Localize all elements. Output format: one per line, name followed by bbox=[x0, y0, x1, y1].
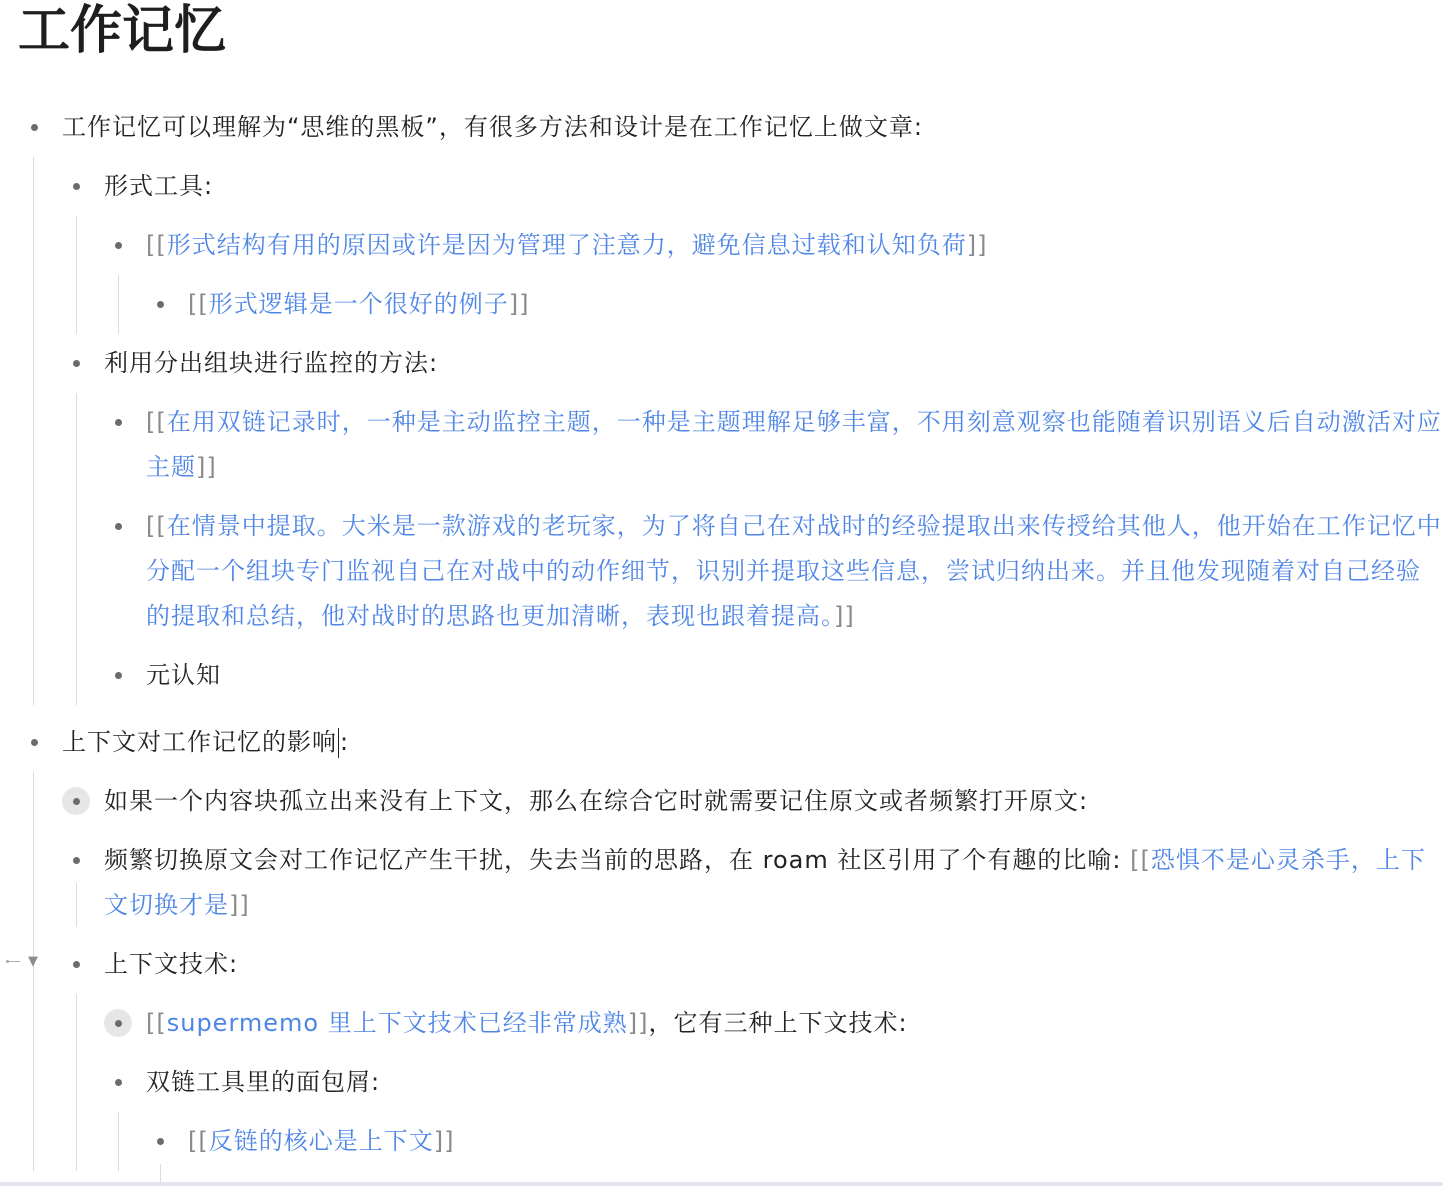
block-text[interactable]: 元认知 bbox=[146, 653, 1443, 698]
bullet-dot-icon bbox=[115, 523, 122, 530]
block-text[interactable]: 上下文技术: bbox=[104, 942, 1443, 987]
block-bullet[interactable] bbox=[146, 290, 174, 318]
block-bullet-collapsed[interactable] bbox=[62, 787, 90, 815]
block-children: [[形式结构有用的原因或许是因为管理了注意力，避免信息过载和认知负荷]] [[形… bbox=[0, 216, 1443, 334]
link-bracket-close: ]] bbox=[967, 231, 988, 259]
bullet-dot-icon bbox=[73, 857, 80, 864]
block-bullet[interactable] bbox=[104, 1068, 132, 1096]
page-reference-link[interactable]: 形式逻辑是一个很好的例子 bbox=[209, 290, 509, 318]
block-text[interactable]: 频繁切换原文会对工作记忆产生干扰，失去当前的思路，在 roam 社区引用了个有趣… bbox=[104, 838, 1443, 928]
link-bracket-open: [[ bbox=[188, 1127, 209, 1155]
outline: 工作记忆可以理解为“思维的黑板”，有很多方法和设计是在工作记忆上做文章: 形式工… bbox=[0, 100, 1443, 1171]
block-text[interactable]: 如果一个内容块孤立出来没有上下文，那么在综合它时就需要记住原文或者频繁打开原文: bbox=[104, 779, 1443, 824]
indent-guide[interactable] bbox=[76, 883, 77, 927]
block-text[interactable]: 形式工具: bbox=[104, 164, 1443, 209]
block-text[interactable]: [[在用双链记录时，一种是主动监控主题，一种是主题理解足够丰富，不用刻意观察也能… bbox=[146, 400, 1443, 490]
link-bracket-open: [[ bbox=[146, 1009, 167, 1037]
bottom-edge-divider bbox=[0, 1182, 1443, 1186]
link-bracket-open: [[ bbox=[146, 231, 167, 259]
block: [[supermemo 里上下文技术已经非常成熟]]，它有三种上下文技术: bbox=[0, 994, 1443, 1053]
bullet-dot-icon bbox=[73, 798, 80, 805]
block-children: 如果一个内容块孤立出来没有上下文，那么在综合它时就需要记住原文或者频繁打开原文:… bbox=[0, 772, 1443, 1171]
block-text-after-cursor: : bbox=[340, 728, 349, 756]
block: 如果一个内容块孤立出来没有上下文，那么在综合它时就需要记住原文或者频繁打开原文: bbox=[0, 772, 1443, 831]
page-title[interactable]: 工作记忆 bbox=[18, 0, 226, 62]
block-bullet[interactable] bbox=[62, 950, 90, 978]
block: [[在情景中提取。大米是一款游戏的老玩家，为了将自己在对战时的经验提取出来传授给… bbox=[0, 497, 1443, 646]
link-bracket-open: [[ bbox=[146, 408, 167, 436]
block-bullet[interactable] bbox=[62, 349, 90, 377]
bullet-dot-icon bbox=[73, 961, 80, 968]
bullet-dot-icon bbox=[115, 1020, 122, 1027]
block-children: [[supermemo 里上下文技术已经非常成熟]]，它有三种上下文技术: 双链… bbox=[0, 994, 1443, 1171]
link-bracket-open: [[ bbox=[1130, 846, 1151, 874]
block: 上下文对工作记忆的影响: 如果一个内容块孤立出来没有上下文，那么在综合它时就需要… bbox=[0, 713, 1443, 1171]
block-bullet[interactable] bbox=[104, 408, 132, 436]
block-children: [[反链的核心是上下文]] bbox=[0, 1112, 1443, 1171]
bullet-dot-icon bbox=[115, 672, 122, 679]
link-bracket-close: ]] bbox=[434, 1127, 455, 1155]
block-children: [[形式逻辑是一个很好的例子]] bbox=[0, 275, 1443, 334]
page-reference-link[interactable]: 反链的核心是上下文 bbox=[209, 1127, 434, 1155]
block-bullet[interactable] bbox=[104, 512, 132, 540]
page-reference-link[interactable]: 在情景中提取。大米是一款游戏的老玩家，为了将自己在对战时的经验提取出来传授给其他… bbox=[146, 512, 1442, 630]
block-text[interactable]: [[形式逻辑是一个很好的例子]] bbox=[188, 282, 1443, 327]
block: 工作记忆可以理解为“思维的黑板”，有很多方法和设计是在工作记忆上做文章: 形式工… bbox=[0, 100, 1443, 705]
block-bullet[interactable] bbox=[62, 172, 90, 200]
block-bullet[interactable] bbox=[104, 231, 132, 259]
block: 频繁切换原文会对工作记忆产生干扰，失去当前的思路，在 roam 社区引用了个有趣… bbox=[0, 831, 1443, 935]
block-children: 形式工具: [[形式结构有用的原因或许是因为管理了注意力，避免信息过载和认知负荷… bbox=[0, 157, 1443, 705]
link-bracket-open: [[ bbox=[146, 512, 167, 540]
bullet-dot-icon bbox=[73, 360, 80, 367]
bullet-dot-icon bbox=[115, 242, 122, 249]
block: [[形式结构有用的原因或许是因为管理了注意力，避免信息过载和认知负荷]] [[形… bbox=[0, 216, 1443, 334]
block-bullet[interactable] bbox=[20, 113, 48, 141]
block-bullet-collapsed[interactable] bbox=[104, 1009, 132, 1037]
block: ▼ 上下文技术: [[supermemo 里上下文技术已经非常成熟]]，它有三种… bbox=[0, 935, 1443, 1171]
bullet-dot-icon bbox=[115, 1079, 122, 1086]
block-text-plain: ，它有三种上下文技术: bbox=[648, 1009, 907, 1037]
block-text[interactable]: 工作记忆可以理解为“思维的黑板”，有很多方法和设计是在工作记忆上做文章: bbox=[62, 105, 1443, 150]
block: 形式工具: [[形式结构有用的原因或许是因为管理了注意力，避免信息过载和认知负荷… bbox=[0, 157, 1443, 334]
block-text[interactable]: [[在情景中提取。大米是一款游戏的老玩家，为了将自己在对战时的经验提取出来传授给… bbox=[146, 504, 1443, 639]
bullet-dot-icon bbox=[31, 739, 38, 746]
block: [[形式逻辑是一个很好的例子]] bbox=[0, 275, 1443, 334]
page-reference-link[interactable]: 形式结构有用的原因或许是因为管理了注意力，避免信息过载和认知负荷 bbox=[167, 231, 967, 259]
block-text[interactable]: 利用分出组块进行监控的方法: bbox=[104, 341, 1443, 386]
bullet-dot-icon bbox=[115, 419, 122, 426]
block-children: [[在用双链记录时，一种是主动监控主题，一种是主题理解足够丰富，不用刻意观察也能… bbox=[0, 393, 1443, 705]
block-text-plain: 频繁切换原文会对工作记忆产生干扰，失去当前的思路，在 roam 社区引用了个有趣… bbox=[104, 846, 1130, 874]
bullet-dot-icon bbox=[73, 183, 80, 190]
block-bullet[interactable] bbox=[146, 1127, 174, 1155]
block-text[interactable]: [[反链的核心是上下文]] bbox=[188, 1119, 1443, 1164]
block-text-editing[interactable]: 上下文对工作记忆的影响: bbox=[62, 720, 1443, 765]
block-text[interactable]: [[supermemo 里上下文技术已经非常成熟]]，它有三种上下文技术: bbox=[146, 1001, 1443, 1046]
block: 双链工具里的面包屑: [[反链的核心是上下文]] bbox=[0, 1053, 1443, 1171]
block: 元认知 bbox=[0, 646, 1443, 705]
block-bullet[interactable] bbox=[20, 728, 48, 756]
block-bullet[interactable] bbox=[62, 846, 90, 874]
page-reference-link[interactable]: supermemo 里上下文技术已经非常成熟 bbox=[167, 1009, 628, 1037]
text-cursor bbox=[338, 728, 339, 758]
block: [[在用双链记录时，一种是主动监控主题，一种是主题理解足够丰富，不用刻意观察也能… bbox=[0, 393, 1443, 497]
link-bracket-close: ]] bbox=[834, 602, 855, 630]
block: [[反链的核心是上下文]] bbox=[0, 1112, 1443, 1171]
block: 利用分出组块进行监控的方法: [[在用双链记录时，一种是主动监控主题，一种是主题… bbox=[0, 334, 1443, 705]
block-text-before-cursor: 上下文对工作记忆的影响 bbox=[62, 728, 337, 756]
bullet-dot-icon bbox=[157, 301, 164, 308]
link-bracket-close: ]] bbox=[509, 290, 530, 318]
page-reference-link[interactable]: 在用双链记录时，一种是主动监控主题，一种是主题理解足够丰富，不用刻意观察也能随着… bbox=[146, 408, 1442, 481]
block-text[interactable]: 双链工具里的面包屑: bbox=[146, 1060, 1443, 1105]
block-text[interactable]: [[形式结构有用的原因或许是因为管理了注意力，避免信息过载和认知负荷]] bbox=[146, 223, 1443, 268]
link-bracket-close: ]] bbox=[628, 1009, 649, 1037]
block-bullet[interactable] bbox=[104, 661, 132, 689]
bullet-dot-icon bbox=[31, 124, 38, 131]
link-bracket-close: ]] bbox=[229, 891, 250, 919]
bullet-dot-icon bbox=[157, 1138, 164, 1145]
link-bracket-close: ]] bbox=[196, 453, 217, 481]
link-bracket-open: [[ bbox=[188, 290, 209, 318]
